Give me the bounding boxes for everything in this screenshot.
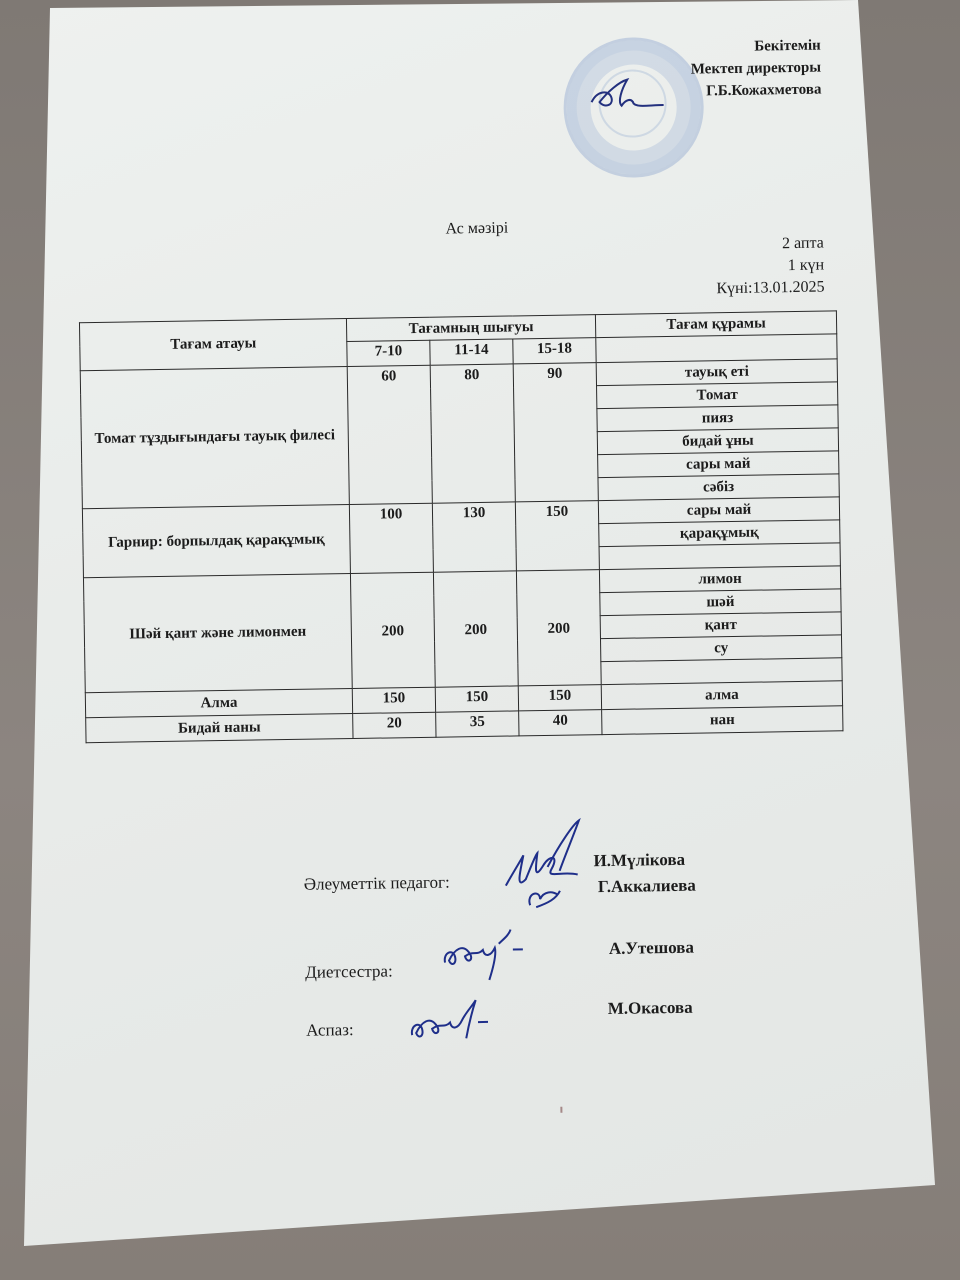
signature-role: Диетсестра:	[305, 961, 393, 982]
week-label: 2 апта	[634, 233, 824, 258]
portion-value: 150	[352, 687, 435, 713]
portion-value: 200	[433, 571, 518, 687]
dish-name: Бидай наны	[86, 714, 353, 743]
portion-value: 130	[432, 502, 516, 572]
header-dish-name: Тағам атауы	[79, 319, 347, 371]
portion-value: 60	[347, 365, 432, 504]
ink-mark	[560, 1107, 562, 1113]
signer-name: Г.Аккалиева	[594, 873, 696, 901]
ingredient-cell	[596, 334, 837, 363]
social-pedagogue-names: И.Мүлікова Г.Аккалиева	[593, 847, 696, 901]
signature-role: Әлеуметтік педагог:	[304, 873, 450, 895]
portion-value: 35	[436, 711, 519, 737]
menu-table: Тағам атауы Тағамның шығуы Тағам құрамы …	[79, 310, 844, 743]
date-label: Күні:13.01.2025	[634, 277, 824, 302]
portion-value: 150	[518, 685, 601, 711]
dish-name: Гарнир: борпылдақ қарақұмық	[82, 505, 350, 578]
portion-value: 150	[435, 686, 518, 712]
age-group: 15-18	[513, 338, 596, 364]
portion-value: 200	[350, 572, 435, 688]
signer-name: А.Утешова	[609, 935, 694, 962]
paper-sheet: Бекітемін Мектеп директоры Г.Б.Кожахмето…	[0, 0, 960, 1280]
portion-value: 100	[349, 503, 433, 573]
signature-role: Аспаз:	[306, 1020, 354, 1041]
dietitian-names: А.Утешова	[595, 935, 694, 963]
cook-names: М.Окасова	[596, 995, 693, 1023]
portion-value: 20	[353, 712, 436, 738]
approval-block: Бекітемін Мектеп директоры Г.Б.Кожахмето…	[591, 35, 822, 105]
social-pedagogue-signature	[499, 814, 590, 911]
dish-name: Шәй қант және лимонмен	[83, 574, 352, 693]
dietitian-signature	[438, 925, 529, 982]
portion-value: 200	[516, 570, 601, 686]
portion-value: 40	[519, 710, 602, 736]
cook-signature	[406, 994, 497, 1051]
day-label: 1 күн	[634, 255, 824, 280]
approval-director-name: Г.Б.Кожахметова	[591, 79, 821, 105]
dish-name: Томат тұздығындағы тауық филесі	[80, 367, 349, 509]
signer-name: М.Окасова	[608, 995, 693, 1022]
document-meta: 2 апта 1 күн Күні:13.01.2025	[634, 233, 825, 302]
signatures-block: Әлеуметтік педагог: И.Мүлікова Г.Аккалие…	[303, 846, 723, 853]
ingredient-cell: алма	[601, 681, 842, 710]
portion-value: 90	[513, 363, 598, 502]
portion-value: 80	[430, 364, 515, 503]
document-title: Ас мәзірі	[445, 220, 508, 239]
age-group: 7-10	[347, 340, 430, 366]
ingredient-cell: нан	[602, 706, 843, 735]
portion-value: 150	[515, 501, 599, 571]
signer-name: И.Мүлікова	[593, 847, 695, 875]
age-group: 11-14	[430, 339, 513, 365]
